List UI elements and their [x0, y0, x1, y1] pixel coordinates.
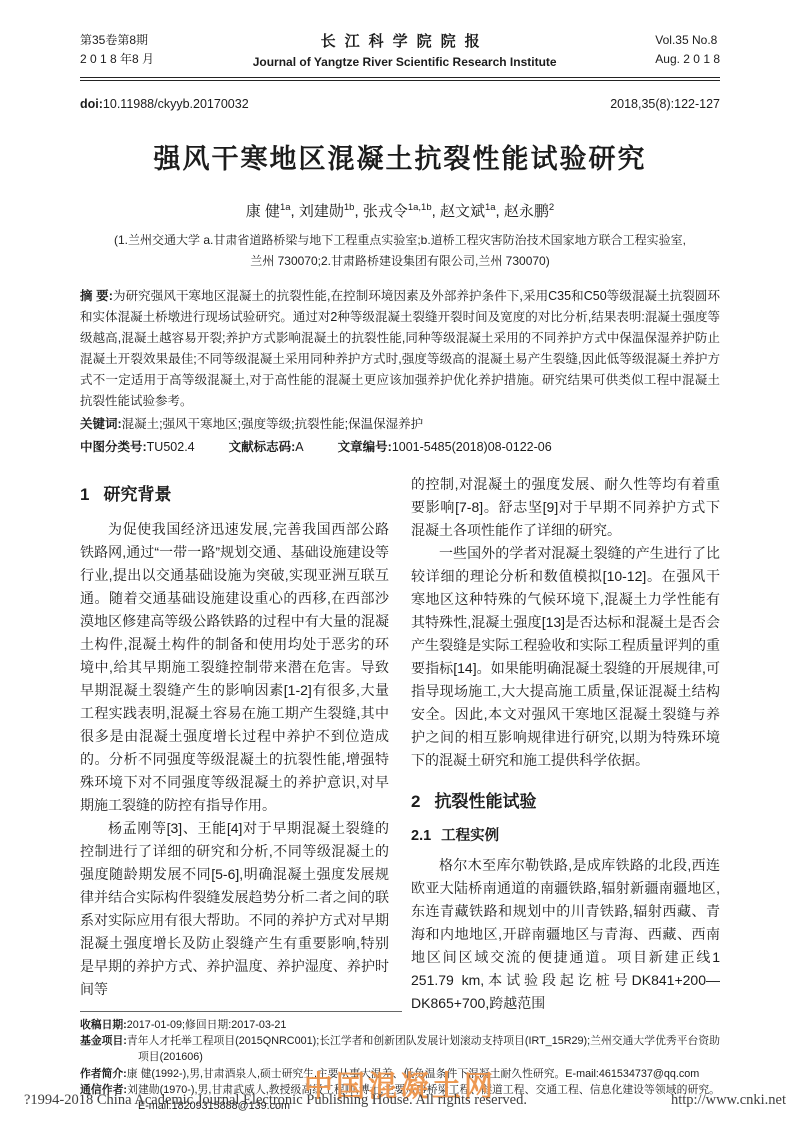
author: 康 健1a, [246, 203, 295, 220]
affiliation-line2: 兰州 730070;2.甘肃路桥建设集团有限公司,兰州 730070) [80, 251, 720, 272]
author-sup: 1a [485, 202, 496, 213]
section-1-heading: 1研究背景 [80, 483, 389, 506]
paragraph: 的控制,对混凝土的强度发展、耐久性等均有着重要影响[7-8]。舒志坚[9]对于早… [411, 473, 720, 542]
issue-date-cn: 2 0 1 8 年8 月 [80, 50, 154, 69]
issue-date-en: Aug. 2 0 1 8 [655, 50, 720, 69]
section-1-number: 1 [80, 485, 89, 504]
citation-info: 2018,35(8):122-127 [610, 97, 720, 111]
abstract-label: 摘 要: [80, 289, 113, 303]
author-separator: , [496, 203, 500, 220]
paragraph: 杨孟刚等[3]、王能[4]对于早期混凝土裂缝的控制进行了详细的研究和分析,不同等… [80, 817, 389, 1001]
header-divider [80, 77, 720, 81]
journal-name-block: 长江科学院院报 Journal of Yangtze River Scienti… [154, 30, 655, 69]
doi-value: 10.11988/ckyyb.20170032 [103, 97, 249, 111]
affiliation: (1.兰州交通大学 a.甘肃省道路桥梁与地下工程重点实验室;b.道桥工程灾害防治… [80, 230, 720, 272]
article-id: 文章编号:1001-5485(2018)08-0122-06 [338, 437, 552, 455]
author: 刘建勋1b, [299, 203, 359, 220]
classification-row: 中图分类号:TU502.4 文献标志码:A 文章编号:1001-5485(201… [80, 437, 720, 455]
author: 赵永鹏2 [504, 203, 554, 220]
journal-name-en: Journal of Yangtze River Scientific Rese… [154, 55, 655, 69]
abstract-text: 为研究强风干寒地区混凝土的抗裂性能,在控制环境因素及外部养护条件下,采用C35和… [80, 289, 720, 408]
paper-page: { "header": { "issue_cn_line1": "第35卷第8期… [0, 0, 800, 1131]
page-footer: ?1994-2018 China Academic Journal Electr… [24, 1092, 786, 1109]
author-name: 赵文斌 [440, 203, 485, 220]
author: 赵文斌1a, [440, 203, 500, 220]
cnki-url: http://www.cnki.net [671, 1092, 786, 1109]
author-name: 康 健 [246, 203, 280, 220]
document-code: 文献标志码:A [229, 437, 304, 455]
section-2-1-number: 2.1 [411, 828, 431, 844]
keywords-text: 混凝土;强风干寒地区;强度等级;抗裂性能;保温保湿养护 [122, 417, 423, 431]
issue-info-en: Vol.35 No.8 Aug. 2 0 1 8 [655, 31, 720, 68]
author: 张戎令1a,1b, [363, 203, 436, 220]
author-sup: 1b [344, 202, 355, 213]
page-body: 第35卷第8期 2 0 1 8 年8 月 长江科学院院报 Journal of … [0, 0, 800, 1114]
body-columns: 1研究背景 为促使我国经济迅速发展,完善我国西部公路铁路网,通过“一带一路”规划… [80, 473, 720, 1114]
footnote-divider [80, 1011, 402, 1012]
author-name: 刘建勋 [299, 203, 344, 220]
journal-name-cn: 长江科学院院报 [154, 30, 655, 51]
paragraph: 一些国外的学者对混凝土裂缝的产生进行了比较详细的理论分析和数值模拟[10-12]… [411, 542, 720, 772]
affiliation-line1: (1.兰州交通大学 a.甘肃省道路桥梁与地下工程重点实验室;b.道桥工程灾害防治… [80, 230, 720, 251]
doi: doi:10.11988/ckyyb.20170032 [80, 97, 249, 111]
issue-volume-en: Vol.35 No.8 [655, 31, 720, 50]
author-separator: , [432, 203, 436, 220]
left-column: 1研究背景 为促使我国经济迅速发展,完善我国西部公路铁路网,通过“一带一路”规划… [80, 473, 389, 1114]
doi-row: doi:10.11988/ckyyb.20170032 2018,35(8):1… [80, 97, 720, 111]
paper-title: 强风干寒地区混凝土抗裂性能试验研究 [80, 137, 720, 176]
journal-header: 第35卷第8期 2 0 1 8 年8 月 长江科学院院报 Journal of … [80, 30, 720, 69]
abstract: 摘 要:为研究强风干寒地区混凝土的抗裂性能,在控制环境因素及外部养护条件下,采用… [80, 286, 720, 412]
issue-volume-cn: 第35卷第8期 [80, 31, 154, 50]
author-line: 康 健1a, 刘建勋1b, 张戎令1a,1b, 赵文斌1a, 赵永鹏2 [80, 200, 720, 221]
author-sup: 1a,1b [408, 202, 432, 213]
paragraph: 格尔木至库尔勒铁路,是成库铁路的北段,西连欧亚大陆桥南通道的南疆铁路,辐射新疆南… [411, 854, 720, 1015]
author-sup: 1a [280, 202, 291, 213]
author-separator: , [354, 203, 358, 220]
section-1-title: 研究背景 [103, 485, 171, 504]
right-column: 的控制,对混凝土的强度发展、耐久性等均有着重要影响[7-8]。舒志坚[9]对于早… [411, 473, 720, 1114]
keywords-label: 关键词: [80, 417, 122, 431]
section-2-number: 2 [411, 792, 420, 811]
section-2-1-heading: 2.1工程实例 [411, 825, 720, 848]
doi-label: doi: [80, 97, 103, 111]
issue-info-cn: 第35卷第8期 2 0 1 8 年8 月 [80, 31, 154, 68]
section-2-1-title: 工程实例 [441, 828, 499, 844]
paragraph: 为促使我国经济迅速发展,完善我国西部公路铁路网,通过“一带一路”规划交通、基础设… [80, 518, 389, 817]
copyright-text: ?1994-2018 China Academic Journal Electr… [24, 1092, 527, 1109]
section-2-title: 抗裂性能试验 [434, 792, 536, 811]
author-separator: , [291, 203, 295, 220]
keywords: 关键词:混凝土;强风干寒地区;强度等级;抗裂性能;保温保湿养护 [80, 414, 720, 435]
author-name: 张戎令 [363, 203, 408, 220]
author-sup: 2 [549, 202, 554, 213]
author-name: 赵永鹏 [504, 203, 549, 220]
clc-number: 中图分类号:TU502.4 [80, 437, 195, 455]
section-2-heading: 2抗裂性能试验 [411, 790, 720, 813]
